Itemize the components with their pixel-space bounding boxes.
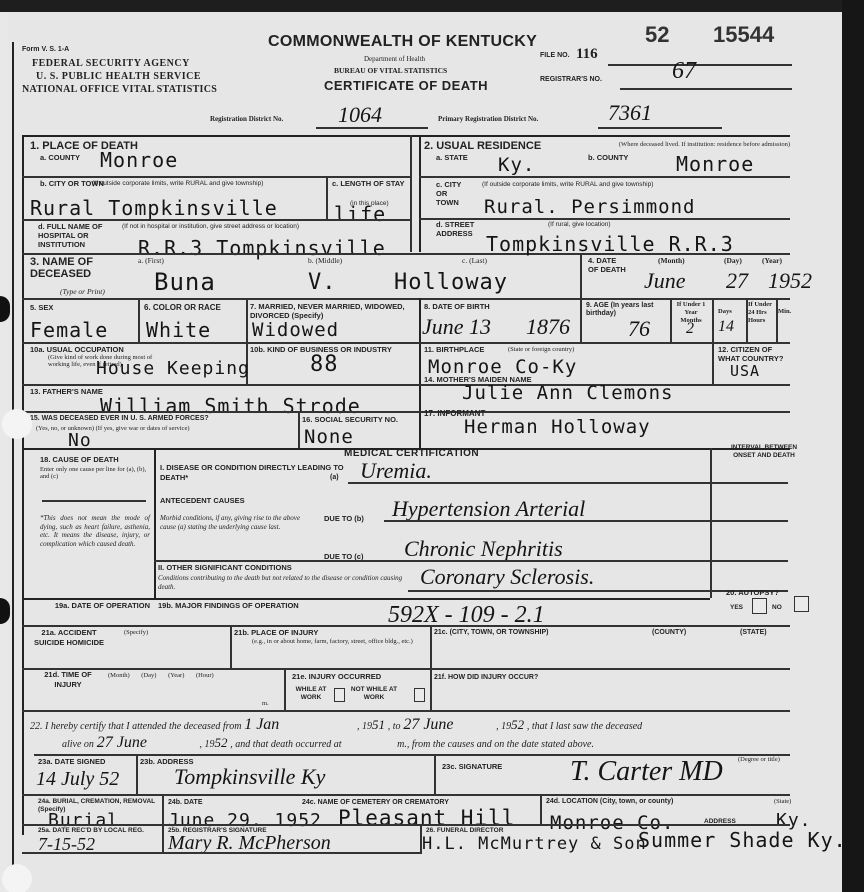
birthplace-note: (State or foreign country) xyxy=(508,346,574,353)
department: Department of Health xyxy=(364,55,425,63)
rule xyxy=(348,482,788,484)
cause-a-label: (a) xyxy=(330,474,339,481)
primary-district-line xyxy=(598,127,722,129)
due-b-label: DUE TO (b) xyxy=(324,514,364,523)
rule xyxy=(138,298,140,342)
father-label: 13. FATHER'S NAME xyxy=(30,387,103,396)
accident-note: (Specify) xyxy=(124,629,148,636)
binder-tab xyxy=(0,296,10,322)
certify-text: , and that death occurred at xyxy=(230,739,341,750)
form-number: Form V. S. 1-A xyxy=(22,46,69,53)
address-value: Tompkinsville Ky xyxy=(174,764,325,790)
rule xyxy=(434,754,436,794)
autopsy-no-checkbox[interactable] xyxy=(794,596,809,612)
last-name-value: Holloway xyxy=(394,270,508,295)
reg-district-label: Registration District No. xyxy=(210,115,283,123)
margin-rule xyxy=(12,42,14,877)
injury-how-label: 21f. HOW DID INJURY OCCUR? xyxy=(434,674,538,681)
rule xyxy=(284,668,286,710)
rule xyxy=(154,560,788,562)
res-state-label: a. STATE xyxy=(436,153,468,162)
dod-year-value: 1952 xyxy=(768,268,812,294)
disease-label: I. DISEASE OR CONDITION DIRECTLY LEADING… xyxy=(160,463,350,483)
rule xyxy=(22,710,790,712)
not-while-at-work-label: NOT WHILE AT WORK xyxy=(348,686,400,702)
birth-date-value: June 13 xyxy=(422,314,491,340)
res-street-note: (If rural, give location) xyxy=(548,221,611,228)
citizen-value: USA xyxy=(730,362,760,380)
autopsy-yes-checkbox[interactable] xyxy=(752,598,767,614)
rule xyxy=(384,520,788,522)
name-label: 3. NAME OF DECEASED xyxy=(30,256,110,280)
punch-hole xyxy=(2,864,32,892)
certify-line-2: alive on 27 June , 1952 , and that death… xyxy=(62,734,594,752)
rule xyxy=(419,298,421,448)
sex-value: Female xyxy=(30,318,108,342)
rule xyxy=(22,668,790,670)
autopsy-no-label: NO xyxy=(772,604,782,611)
rule xyxy=(540,794,542,824)
reg-district-value: 1064 xyxy=(338,102,382,128)
state-title: COMMONWEALTH OF KENTUCKY xyxy=(268,33,537,51)
rule xyxy=(580,298,582,342)
autopsy-label: 20. AUTOPSY? xyxy=(726,588,779,597)
form-left-rule xyxy=(22,135,24,835)
race-label: 6. COLOR OR RACE xyxy=(144,303,221,312)
rule xyxy=(22,824,790,826)
res-state-value: Ky. xyxy=(498,154,535,176)
dod-day-label: (Day) xyxy=(724,256,742,265)
certify-text: , 19 xyxy=(357,721,372,732)
death-certificate: Form V. S. 1-A FEDERAL SECURITY AGENCY U… xyxy=(8,12,842,892)
cause-a-value: Uremia. xyxy=(360,458,432,484)
rule xyxy=(22,219,410,221)
rule xyxy=(298,411,300,448)
antecedent-label: ANTECEDENT CAUSES xyxy=(160,496,245,505)
location-label: 24d. LOCATION (City, town, or county) xyxy=(546,798,673,805)
divider-1-2b xyxy=(419,135,421,252)
rule xyxy=(419,176,790,178)
rule xyxy=(22,176,410,178)
mother-value: Julie Ann Clemons xyxy=(462,382,673,404)
injury-time-m: m. xyxy=(262,700,269,707)
rule xyxy=(22,625,790,627)
marital-value: Widowed xyxy=(252,319,339,341)
rule xyxy=(154,448,156,598)
months-value: 2 xyxy=(686,320,694,338)
stamp-number: 15544 xyxy=(713,22,774,48)
last-name-label: c. (Last) xyxy=(462,256,487,265)
date-of-death-label: 4. DATE OF DEATH xyxy=(588,256,628,274)
cemetery-label: 24c. NAME OF CEMETERY OR CREMATORY xyxy=(302,799,449,806)
res-county-value: Monroe xyxy=(676,152,754,176)
pod-institution-value: R.R.3 Tompkinsville xyxy=(138,236,386,260)
form-top-rule xyxy=(22,135,790,137)
rule xyxy=(22,852,422,854)
attended-to-year: 52 xyxy=(511,717,524,732)
antecedent-note: Morbid conditions, if any, giving rise t… xyxy=(160,514,310,531)
rule xyxy=(712,342,714,384)
rule xyxy=(712,298,714,342)
attended-from-year: 51 xyxy=(372,717,385,732)
alive-on-year: 52 xyxy=(215,735,228,750)
sex-label: 5. SEX xyxy=(30,303,53,312)
injury-occurred-label: 21e. INJURY OCCURRED xyxy=(292,672,381,681)
accident-label: 21a. ACCIDENT SUICIDE HOMICIDE xyxy=(34,628,104,648)
certificate-title: CERTIFICATE OF DEATH xyxy=(324,78,488,93)
divider-1-2 xyxy=(410,135,412,252)
registrars-no-label: REGISTRAR'S NO. xyxy=(540,76,602,83)
dod-month-value: June xyxy=(644,268,686,294)
res-city-note: (If outside corporate limits, write RURA… xyxy=(482,181,653,188)
scan-top-edge xyxy=(0,0,864,12)
primary-district-label: Primary Registration District No. xyxy=(438,115,538,123)
rule xyxy=(326,176,328,219)
cause-c-value: Chronic Nephritis xyxy=(404,536,563,562)
certify-line-1: 22. I hereby certify that I attended the… xyxy=(30,716,642,734)
injury-time-cols: (Month) (Day) (Year) (Hour) xyxy=(108,672,214,679)
rule xyxy=(776,298,778,342)
injury-time-label: 21d. TIME OF INJURY xyxy=(38,670,98,690)
days-value: 14 xyxy=(718,318,734,336)
certify-text: alive on xyxy=(62,739,94,750)
race-value: White xyxy=(146,318,211,342)
dod-month-label: (Month) xyxy=(658,256,685,265)
rule xyxy=(22,342,790,344)
file-no-line xyxy=(608,64,792,66)
bureau: BUREAU OF VITAL STATISTICS xyxy=(334,66,447,75)
autopsy-yes-label: YES xyxy=(730,604,743,611)
funeral-director-address-value: Summer Shade Ky. xyxy=(638,828,847,852)
certify-text: , 19 xyxy=(200,739,215,750)
days-label: Days xyxy=(718,308,732,315)
rule xyxy=(22,598,710,600)
funeral-director-label: 26. FUNERAL DIRECTOR xyxy=(426,827,503,834)
certify-text: , 19 xyxy=(496,721,511,732)
ssn-value: None xyxy=(304,426,354,448)
other-note: Conditions contributing to the death but… xyxy=(158,574,406,592)
registrars-no-value: 67 xyxy=(672,58,696,85)
injury-county-label: (COUNTY) xyxy=(652,629,686,636)
marital-label: 7. MARRIED, NEVER MARRIED, WIDOWED, DIVO… xyxy=(250,302,420,320)
not-while-at-work-checkbox[interactable] xyxy=(414,688,425,702)
while-at-work-label: WHILE AT WORK xyxy=(288,686,334,702)
certify-text: , to xyxy=(388,721,401,732)
rule xyxy=(162,794,164,852)
injury-place-label: 21b. PLACE OF INJURY xyxy=(234,628,318,637)
primary-district-value: 7361 xyxy=(608,100,652,126)
file-no-label: FILE NO. xyxy=(540,52,570,59)
degree-label: (Degree or title) xyxy=(738,756,780,763)
pod-stay-label: c. LENGTH OF STAY xyxy=(332,179,410,188)
first-name-label: a. (First) xyxy=(138,256,164,265)
dod-day-value: 27 xyxy=(726,268,748,294)
date-signed-label: 23a. DATE SIGNED xyxy=(38,757,105,766)
date-signed-value: 14 July 52 xyxy=(36,768,119,791)
interval-label: INTERVAL BETWEEN ONSET AND DEATH xyxy=(724,444,804,460)
stamp-year: 52 xyxy=(645,22,669,48)
physician-signature: T. Carter MD xyxy=(570,756,723,788)
injury-place-note: (e.g., in or about home, farm, factory, … xyxy=(252,638,428,645)
alive-on-date: 27 June xyxy=(97,734,197,752)
certify-text: 22. I hereby certify that I attended the… xyxy=(30,721,241,732)
rule xyxy=(670,298,672,342)
citizen-label: 12. CITIZEN OF WHAT COUNTRY? xyxy=(718,345,792,363)
cause-label: 18. CAUSE OF DEATH xyxy=(40,455,119,464)
rule xyxy=(22,411,790,413)
rule xyxy=(22,384,790,386)
age-value: 76 xyxy=(628,316,650,342)
burial-date-label: 24b. DATE xyxy=(168,799,203,806)
agency-line-3: NATIONAL OFFICE VITAL STATISTICS xyxy=(22,84,217,95)
occupation-value: House Keeping xyxy=(96,358,250,379)
res-street-label: d. STREET ADDRESS xyxy=(436,220,480,238)
residence-note: (Where deceased lived. If institution: r… xyxy=(590,141,790,148)
pod-city-value: Rural Tompkinsville xyxy=(30,196,278,220)
rule xyxy=(230,625,232,668)
attended-from-date: 1 Jan xyxy=(244,716,354,734)
cause-b-value: Hypertension Arterial xyxy=(392,496,585,522)
op-findings-label: 19b. MAJOR FINDINGS OF OPERATION xyxy=(158,601,299,610)
registrars-no-line xyxy=(620,88,792,90)
signature-label: 23c. SIGNATURE xyxy=(442,762,502,771)
dod-year-label: (Year) xyxy=(762,256,782,265)
rule xyxy=(22,794,790,796)
punch-hole xyxy=(2,409,32,439)
rule xyxy=(710,448,712,598)
pod-county-label: a. COUNTY xyxy=(40,153,80,162)
other-label: II. OTHER SIGNIFICANT CONDITIONS xyxy=(158,563,292,572)
ssn-label: 16. SOCIAL SECURITY NO. xyxy=(302,415,418,424)
pod-institution-label: d. FULL NAME OF HOSPITAL OR INSTITUTION xyxy=(38,222,130,249)
file-no-value: 116 xyxy=(576,46,598,63)
middle-name-value: V. xyxy=(308,270,337,295)
attended-to-date: 27 June xyxy=(403,716,493,734)
birthplace-label: 11. BIRTHPLACE xyxy=(424,345,484,354)
cause-note: Enter only one cause per line for (a), (… xyxy=(40,466,150,480)
other-value: Coronary Sclerosis. xyxy=(420,564,594,590)
certify-text: m., from the causes and on the date stat… xyxy=(397,739,594,750)
agency-line-1: FEDERAL SECURITY AGENCY xyxy=(32,58,190,69)
pod-county-value: Monroe xyxy=(100,148,178,172)
while-at-work-checkbox[interactable] xyxy=(334,688,345,702)
rule xyxy=(580,253,582,298)
binder-tab xyxy=(0,598,10,624)
middle-name-label: b. (Middle) xyxy=(308,256,342,265)
scan-right-edge xyxy=(842,0,864,892)
name-note: (Type or Print) xyxy=(60,287,105,296)
pod-institution-note: (If not in hospital or institution, give… xyxy=(122,223,402,230)
certify-text: , that I last saw the deceased xyxy=(527,721,642,732)
residence-title: 2. USUAL RESIDENCE xyxy=(424,140,541,152)
res-street-value: Tompkinsville R.R.3 xyxy=(486,232,734,256)
injury-state-label: (STATE) xyxy=(740,629,767,636)
reg-district-line xyxy=(316,127,428,129)
birth-label: 8. DATE OF BIRTH xyxy=(424,302,490,311)
hours-label: If Under 24 Hrs Hours xyxy=(748,301,776,325)
location-state-label: (State) xyxy=(774,798,791,805)
rule xyxy=(42,500,146,502)
business-value: 88 xyxy=(310,352,339,377)
op-date-label: 19a. DATE OF OPERATION xyxy=(40,601,150,611)
injury-city-label: 21c. (CITY, TOWN, OR TOWNSHIP) xyxy=(434,629,548,636)
occupation-label: 10a. USUAL OCCUPATION xyxy=(30,345,124,354)
res-city-value: Rural. Persimmond xyxy=(484,196,695,218)
informant-value: Herman Holloway xyxy=(464,416,651,438)
min-label: Min. xyxy=(778,308,791,315)
footnote: *This does not mean the mode of dying, s… xyxy=(40,514,150,548)
agency-line-2: U. S. PUBLIC HEALTH SERVICE xyxy=(36,71,201,82)
res-city-label: c. CITY OR TOWN xyxy=(436,180,470,207)
funeral-director-value: H.L. McMurtrey & Son xyxy=(422,834,647,854)
rule xyxy=(136,754,138,794)
pod-city-note: (If outside corporate limits, write RURA… xyxy=(92,180,322,187)
res-county-label: b. COUNTY xyxy=(588,153,628,162)
funeral-director-address-label: ADDRESS xyxy=(704,818,736,825)
first-name-value: Buna xyxy=(154,268,216,296)
birth-year-value: 1876 xyxy=(526,314,570,340)
